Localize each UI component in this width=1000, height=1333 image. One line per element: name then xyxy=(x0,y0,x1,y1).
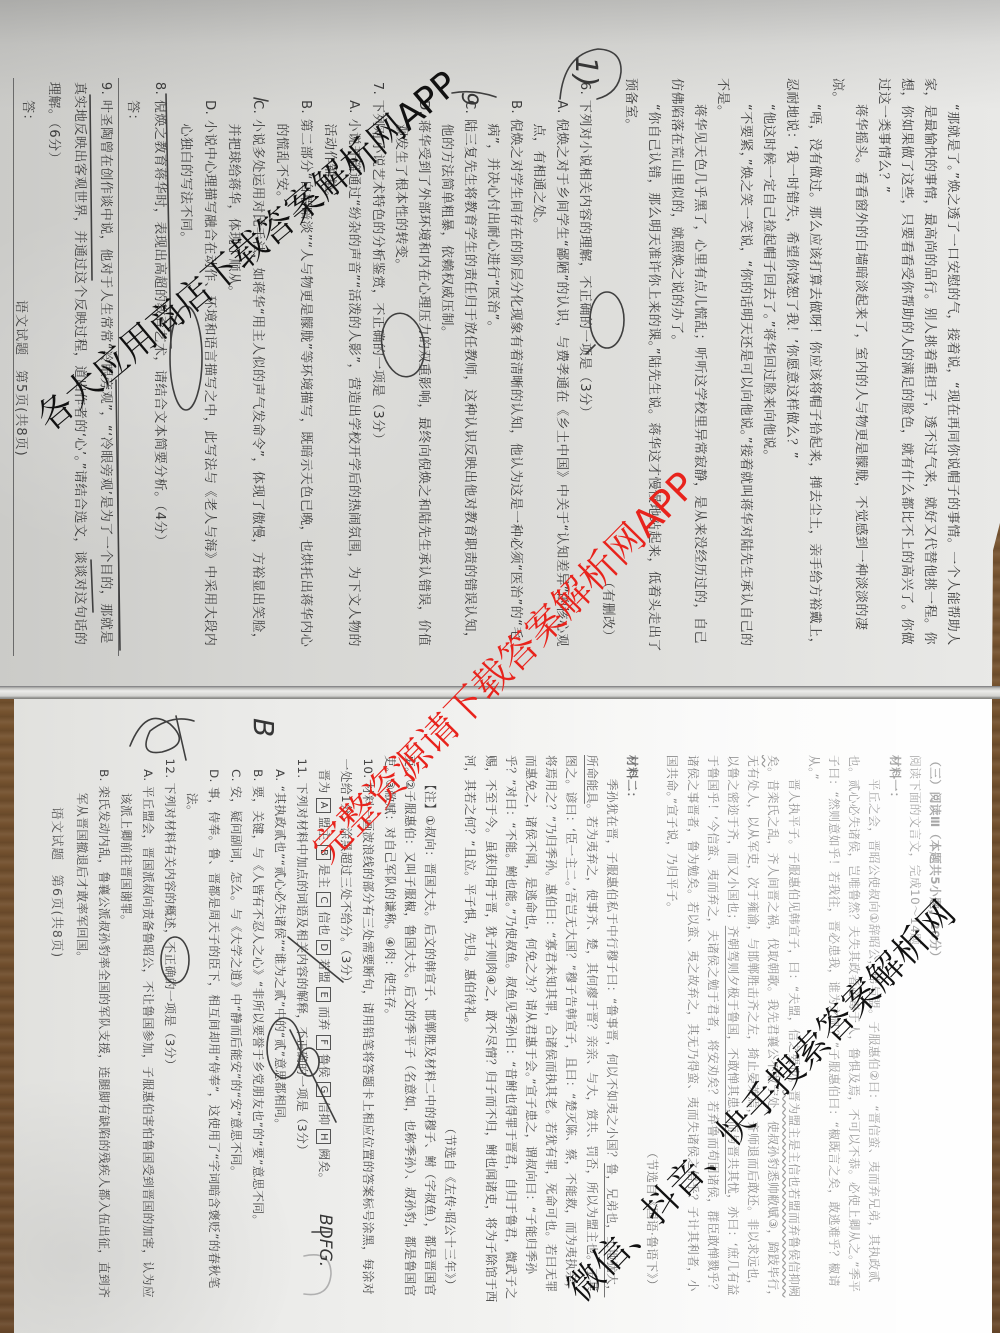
option-a: A. 平丘盟会，晋国派叔向责备鲁昭公，不让鲁国参加，子服惠伯害怕鲁国受到晋国的加… xyxy=(115,755,159,1303)
break-marker-c: C xyxy=(316,892,331,907)
page-footer: 语文试题 第6页(共8页) xyxy=(49,807,65,958)
material-2-paragraph: 季孙犹在晋，子服惠伯私于中行穆子曰：“鲁事晋，何以不如夷之小国？鲁，兄弟也，土地… xyxy=(460,755,622,1303)
passage-paragraph: “那就是了。”焕之透了一口安慰的气，接着说，“现在再同你说帽子的事情。一个人能帮… xyxy=(872,78,964,656)
break-marker-a: A xyxy=(316,798,331,813)
section-instruction: 阅读下面的文言文，完成10～14题。 xyxy=(905,755,925,1303)
break-marker-g: G xyxy=(316,1082,331,1097)
question-stem: 8. 倪焕之教育蒋华时，表现出高超的教育艺术，请结合文本简要分析。（4分） xyxy=(146,78,173,656)
passage-paragraph: “他这时候一定自己捡起帽子回去了。”蒋华回过脸来向他说。 xyxy=(757,78,780,656)
passage-paragraph: “不要紧，”焕之笑一笑说，“你的话明天还是可以向他说。”接着就叫蒋华对陆先生承认… xyxy=(711,78,757,656)
option-d: D. 蒋华受到了外部环境和内在心理压力的双重影响，最终向倪焕之和陆先生承认错误，… xyxy=(389,78,435,656)
passage-paragraph: 蒋华见天色几乎黑了，心里有点儿慌乱；听听这学校里异常寂静，是从来没经历过的，自己… xyxy=(665,78,711,656)
text-segment: 鲁侯 xyxy=(317,1054,331,1078)
text-segment: 若盟 xyxy=(317,959,331,983)
novel-excerpt: “那就是了。”焕之透了一口安慰的气，接着说，“现在再同你说帽子的事情。一个人能帮… xyxy=(596,78,964,656)
text-segment: 信也 xyxy=(317,911,331,935)
option-c: C. 陆三复先生将教育学生的责任归于放任教师，这种认识反映出他对教育职责的错误认… xyxy=(435,78,481,656)
text-segment: 阙矣。 xyxy=(317,1148,331,1185)
option-d: D. 事，侍奉。鲁、晋都是周天子的臣下，相互间却用“侍奉”，这使用了“字词暗含褒… xyxy=(181,755,225,1303)
text-segment: 。若为夷弃之，使事齐、楚，其何瘳于晋？亲亲、与大，赏共、罚否，所以为盟主也。子其… xyxy=(463,755,598,1303)
section-title: （三）阅读Ⅲ（本题共5小题，20分） xyxy=(925,755,945,1303)
material-2-source: （节选自《左传·昭公十三年》） xyxy=(440,755,460,1303)
text-segment: 信抑 xyxy=(317,1101,331,1125)
break-marker-h: H xyxy=(316,1129,331,1144)
break-marker-f: F xyxy=(316,1035,331,1050)
material-1-label: 材料一： xyxy=(884,755,904,1303)
text-segment: 而弃 xyxy=(317,1006,331,1030)
option-d: D. 小说中心理描写融合在动作、环境和语言描写之中，此写法与《老人与海》中采用大… xyxy=(173,78,221,656)
passage-paragraph: “唔，没有做过。那么应该打算去做呀！你应该将帽子拾起来，掸去尘土，亲手给方裕戴上… xyxy=(780,78,826,656)
option-b: B. 栾氏发动内乱，鲁襄公派叔孙豹率全国的军队支援，连腿脚有缺陷的残疾人都入伍出… xyxy=(71,755,115,1303)
option-b: B. 第二部分“白墙暗淡”“人与物更是朦胧”等环境描写，既暗示天色已晚，也烘托出… xyxy=(269,78,317,656)
option-c: C. 小说多处运用对比手法，如蒋华“用主人似的声气发命令”，体现了傲慢，方裕显出… xyxy=(221,78,269,656)
exam-paper-photo: “那就是了。”焕之透了一口安慰的气，接着说，“现在再同你说帽子的事情。一个人能帮… xyxy=(0,0,1000,1333)
question-11: 11. 下列对材料中加点的词语及相关内容的解释，不正确的一项是（3分） A. “… xyxy=(181,755,313,1303)
text-segment: 晋为 xyxy=(317,769,331,793)
text-segment: 季孙犹在晋，子服惠伯私于中行穆子曰：“鲁事晋，何以不如夷之小国？ xyxy=(605,779,619,1164)
material-1-paragraph: 晋人执平子。子服惠伯见韩宣子，曰：“夫盟，信之要也。晋为盟主是主信也若盟而弃鲁侯… xyxy=(662,755,803,1303)
question-12: 12. 下列对材料有关内容的概述，不正确的一项是（3分） A. 平丘盟会，晋国派… xyxy=(71,755,181,1303)
question-6: 6. 下列对小说相关内容的理解，不正确的一项是（3分） A. 倪焕之对于乡间学生… xyxy=(389,78,596,656)
passage-paragraph: 蒋华摇头。看看窗外的白墙暗淡起来了，室内的人与物更是朦胧，不觉感到一种淡淡的凄凉… xyxy=(826,78,872,656)
option-a: A. 倪焕之对于乡间学生“鄙陋”的认识，与费孝通在《乡土中国》中关于“认知差异”… xyxy=(527,78,573,656)
option-b: B. 要，关键，与《人皆有不忍人之心》“非所以要誉于乡党朋友也”的“要”意思不同… xyxy=(247,755,269,1303)
page-footer: 语文试题 第5页(共8页) xyxy=(12,300,28,457)
option-c: C. 安，疑问副词，怎么。与《大学之道》中“静而后能安”的“安”意思不同。 xyxy=(225,755,247,1303)
page-5-body: “那就是了。”焕之透了一口安慰的气，接着说，“现在再同你说帽子的事情。一个人能帮… xyxy=(13,78,964,656)
option-b: B. 倪焕之对学生间存在的阶层分化现象有着清晰的认知，他认为这是一种必须“医治”… xyxy=(481,78,527,656)
question-stem: 12. 下列对材料有关内容的概述，不正确的一项是（3分） xyxy=(159,755,181,1303)
break-marker-d: D xyxy=(316,940,331,955)
option-a: A. “其执政贰也”“贰心必失诸侯”“谁为之贰”中的“贰”意思都相同。 xyxy=(269,755,291,1303)
annotation-notes: 【注】①叔向：晋国大夫。后文的韩宣子、邯郸胜及材料二中的穆子、鲋（字叔鱼），都是… xyxy=(379,755,440,1303)
break-marker-e: E xyxy=(316,987,331,1002)
